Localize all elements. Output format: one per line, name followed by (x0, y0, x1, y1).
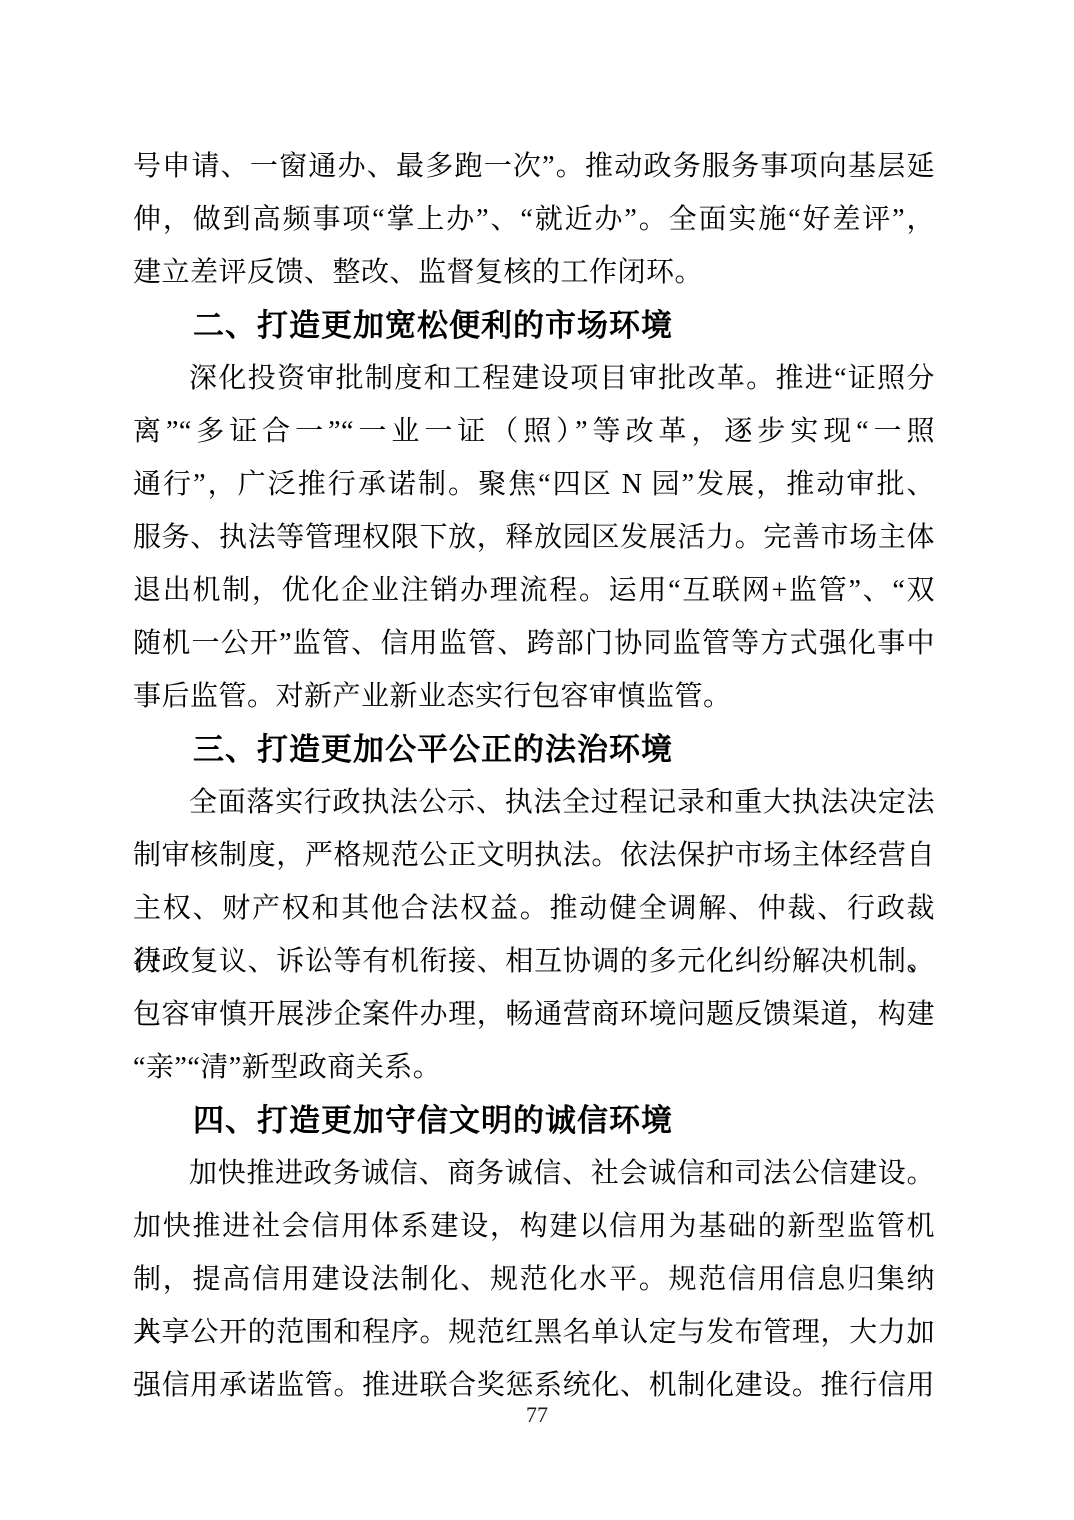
text-line: 加快推进政务诚信、商务诚信、社会诚信和司法公信建设。 (133, 1147, 935, 1200)
text-line: 事后监管。对新产业新业态实行包容审慎监管。 (133, 670, 935, 723)
text-line: 深化投资审批制度和工程建设项目审批改革。推进“证照分 (133, 352, 935, 405)
text-line: 全面落实行政执法公示、执法全过程记录和重大执法决定法 (133, 776, 935, 829)
text-line: 共享公开的范围和程序。规范红黑名单认定与发布管理，大力加 (133, 1306, 935, 1359)
text-line: “亲”“清”新型政商关系。 (133, 1041, 935, 1094)
text-line: 伸，做到高频事项“掌上办”、“就近办”。全面实施“好差评”， (133, 193, 935, 246)
text-line: 号申请、一窗通办、最多跑一次”。推动政务服务事项向基层延 (133, 140, 935, 193)
section-heading: 四、打造更加守信文明的诚信环境 (133, 1094, 935, 1147)
text-line: 服务、执法等管理权限下放，释放园区发展活力。完善市场主体 (133, 511, 935, 564)
text-line: 离”“多证合一”“一业一证（照）”等改革，逐步实现“一照 (133, 405, 935, 458)
text-line: 包容审慎开展涉企案件办理，畅通营商环境问题反馈渠道，构建 (133, 988, 935, 1041)
section-heading: 三、打造更加公平公正的法治环境 (133, 723, 935, 776)
text-line: 制，提高信用建设法制化、规范化水平。规范信用信息归集纳入、 (133, 1253, 935, 1306)
text-line: 加快推进社会信用体系建设，构建以信用为基础的新型监管机 (133, 1200, 935, 1253)
text-line: 通行”，广泛推行承诺制。聚焦“四区 N 园”发展，推动审批、 (133, 458, 935, 511)
text-line: 行政复议、诉讼等有机衔接、相互协调的多元化纠纷解决机制。 (133, 935, 935, 988)
page-number: 77 (0, 1400, 1074, 1430)
document-page: 号申请、一窗通办、最多跑一次”。推动政务服务事项向基层延伸，做到高频事项“掌上办… (0, 0, 1074, 1520)
text-line: 制审核制度，严格规范公正文明执法。依法保护市场主体经营自 (133, 829, 935, 882)
document-body: 号申请、一窗通办、最多跑一次”。推动政务服务事项向基层延伸，做到高频事项“掌上办… (133, 140, 935, 1412)
text-line: 主权、财产权和其他合法权益。推动健全调解、仲裁、行政裁决、 (133, 882, 935, 935)
text-line: 随机一公开”监管、信用监管、跨部门协同监管等方式强化事中 (133, 617, 935, 670)
text-line: 建立差评反馈、整改、监督复核的工作闭环。 (133, 246, 935, 299)
text-line: 退出机制，优化企业注销办理流程。运用“互联网+监管”、“双 (133, 564, 935, 617)
section-heading: 二、打造更加宽松便利的市场环境 (133, 299, 935, 352)
